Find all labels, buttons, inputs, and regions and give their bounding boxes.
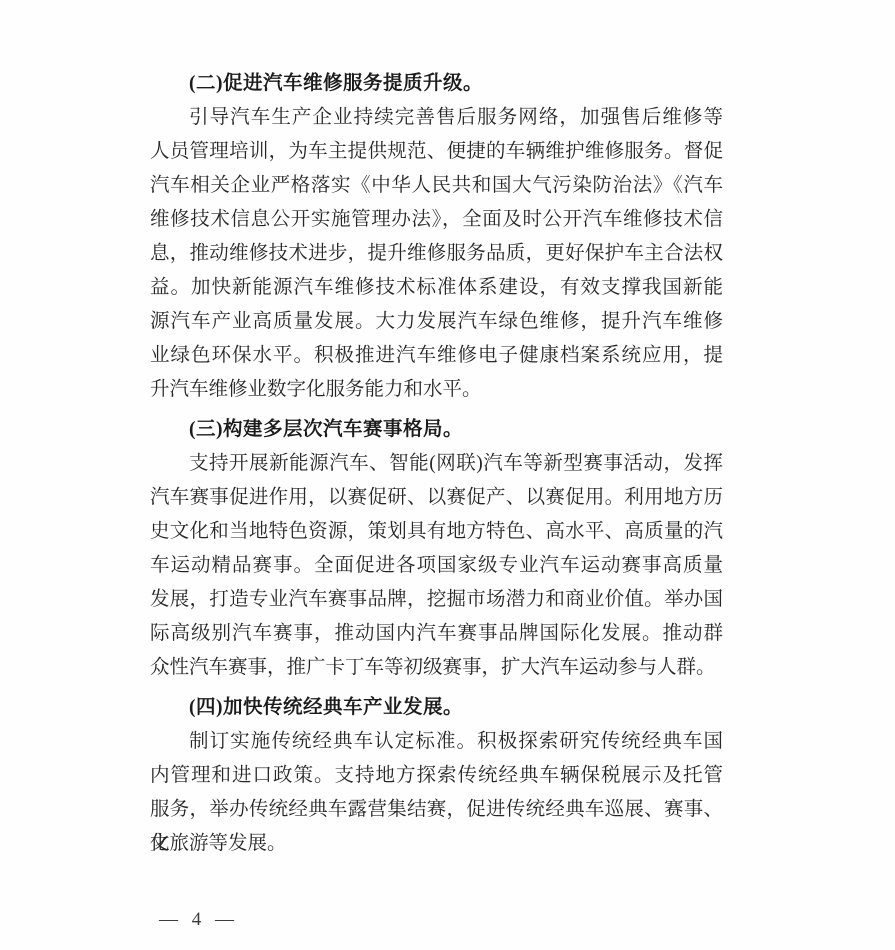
paragraph-line: 升汽车维修业数字化服务能力和水平。 [150, 373, 723, 407]
paragraph-line: 发展，打造专业汽车赛事品牌，挖掘市场潜力和商业价值。举办国 [150, 583, 723, 617]
document-body: (二)促进汽车维修服务提质升级。引导汽车生产企业持续完善售后服务网络，加强售后维… [150, 67, 723, 861]
paragraph-line: 业绿色环保水平。积极推进汽车维修电子健康档案系统应用，提 [150, 339, 723, 373]
section-heading: (四)加快传统经典车产业发展。 [150, 691, 723, 725]
paragraph-line: 息，推动维修技术进步，提升维修服务品质，更好保护车主合法权 [150, 237, 723, 271]
paragraph-line: 维修技术信息公开实施管理办法》，全面及时公开汽车维修技术信 [150, 203, 723, 237]
paragraph-line: 史文化和当地特色资源，策划具有地方特色、高水平、高质量的汽 [150, 515, 723, 549]
paragraph-line: 化旅游等发展。 [150, 827, 723, 861]
paragraph-line: 制订实施传统经典车认定标准。积极探索研究传统经典车国 [150, 725, 723, 759]
paragraph-line: 汽车赛事促进作用，以赛促研、以赛促产、以赛促用。利用地方历 [150, 481, 723, 515]
paragraph-line: 支持开展新能源汽车、智能(网联)汽车等新型赛事活动，发挥 [150, 447, 723, 481]
paragraph-line: 内管理和进口政策。支持地方探索传统经典车辆保税展示及托管 [150, 759, 723, 793]
paragraph-line: 源汽车产业高质量发展。大力发展汽车绿色维修，提升汽车维修 [150, 305, 723, 339]
section-heading: (二)促进汽车维修服务提质升级。 [150, 67, 723, 101]
page-number: — 4 — [159, 903, 235, 937]
paragraph-line: 汽车相关企业严格落实《中华人民共和国大气污染防治法》《汽车 [150, 169, 723, 203]
document-section: (三)构建多层次汽车赛事格局。支持开展新能源汽车、智能(网联)汽车等新型赛事活动… [150, 413, 723, 685]
document-section: (四)加快传统经典车产业发展。制订实施传统经典车认定标准。积极探索研究传统经典车… [150, 691, 723, 861]
paragraph-line: 车运动精品赛事。全面促进各项国家级专业汽车运动赛事高质量 [150, 549, 723, 583]
document-page: (二)促进汽车维修服务提质升级。引导汽车生产企业持续完善售后服务网络，加强售后维… [0, 0, 895, 950]
section-heading: (三)构建多层次汽车赛事格局。 [150, 413, 723, 447]
paragraph-line: 人员管理培训，为车主提供规范、便捷的车辆维护维修服务。督促 [150, 135, 723, 169]
paragraph-line: 服务，举办传统经典车露营集结赛，促进传统经典车巡展、赛事、文 [150, 793, 723, 827]
paragraph-line: 众性汽车赛事，推广卡丁车等初级赛事，扩大汽车运动参与人群。 [150, 651, 723, 685]
paragraph-line: 益。加快新能源汽车维修技术标准体系建设，有效支撑我国新能 [150, 271, 723, 305]
paragraph-line: 际高级别汽车赛事，推动国内汽车赛事品牌国际化发展。推动群 [150, 617, 723, 651]
document-section: (二)促进汽车维修服务提质升级。引导汽车生产企业持续完善售后服务网络，加强售后维… [150, 67, 723, 407]
paragraph-line: 引导汽车生产企业持续完善售后服务网络，加强售后维修等 [150, 101, 723, 135]
